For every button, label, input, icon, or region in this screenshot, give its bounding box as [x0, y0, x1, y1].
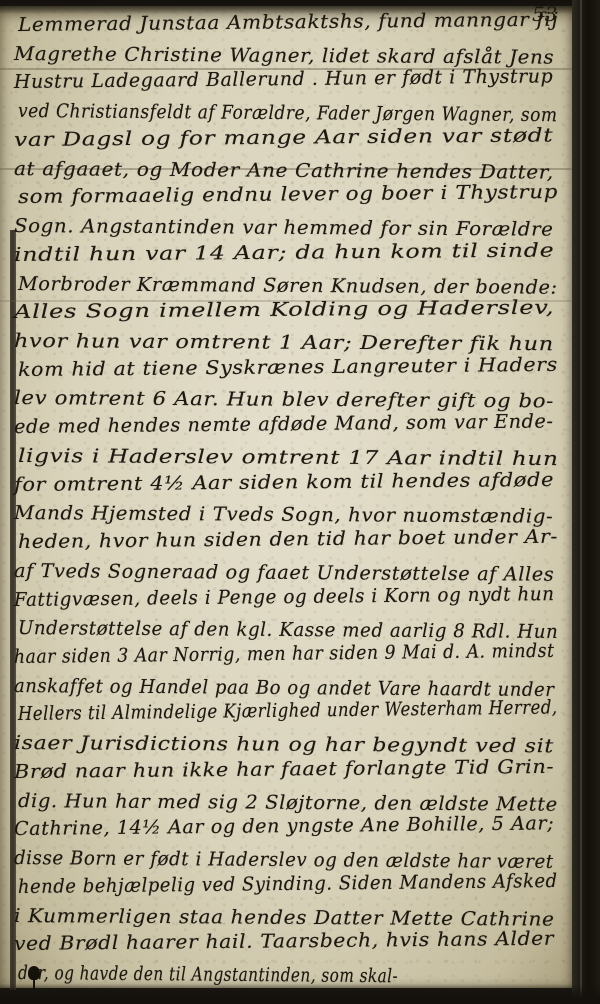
manuscript-line: Magrethe Christine Wagner, lidet skard a…: [14, 43, 554, 69]
manuscript-line: dig. Hun har med sig 2 Sløjtorne, den æl…: [18, 790, 558, 816]
manuscript-line: af Tveds Sogneraad og faaet Understøttel…: [14, 560, 554, 586]
manuscript-line: ved Christiansfeldt af Forældre, Fader J…: [18, 100, 558, 126]
manuscript-line: disse Born er født i Haderslev og den æl…: [14, 847, 554, 873]
manuscript-line: Understøttelse af den kgl. Kasse med aar…: [18, 617, 558, 643]
manuscript-line: ligvis i Haderslev omtrent 17 Aar indtil…: [18, 445, 559, 470]
manuscript-line: lev omtrent 6 Aar. Hun blev derefter gif…: [14, 387, 554, 412]
manuscript-line: i Kummerligen staa hendes Datter Mette C…: [14, 905, 555, 931]
manuscript-line: at afgaaet, og Moder Ane Cathrine hendes…: [14, 158, 554, 184]
manuscript-line: Mands Hjemsted i Tveds Sogn, hvor nuomst…: [14, 502, 553, 528]
manuscript-line: Morbroder Kræmmand Søren Knudsen, der bo…: [18, 273, 558, 299]
scanned-document: 53 Lemmerad Junstaa Ambtsaktshs, fund ma…: [0, 0, 600, 1004]
manuscript-line: hvor hun var omtrent 1 Aar; Derefter fik…: [14, 330, 554, 355]
manuscript-line: indtil hun var 14 Aar; da hun kom til si…: [14, 239, 555, 266]
manuscript-line: isaer Jurisdictions hun og har begyndt v…: [14, 732, 554, 757]
manuscript-line: Sogn. Angstantinden var hemmed for sin F…: [14, 215, 554, 241]
paper-page: [0, 6, 578, 988]
ink-blot-mark: [28, 966, 40, 980]
book-binding-edge: [572, 0, 600, 1004]
manuscript-line: Alles Sogn imellem Kolding og Haderslev,: [14, 297, 555, 323]
manuscript-line: var Dagsl og for mange Aar siden var stø…: [14, 124, 554, 151]
bottom-edge-shadow: [0, 984, 600, 1004]
